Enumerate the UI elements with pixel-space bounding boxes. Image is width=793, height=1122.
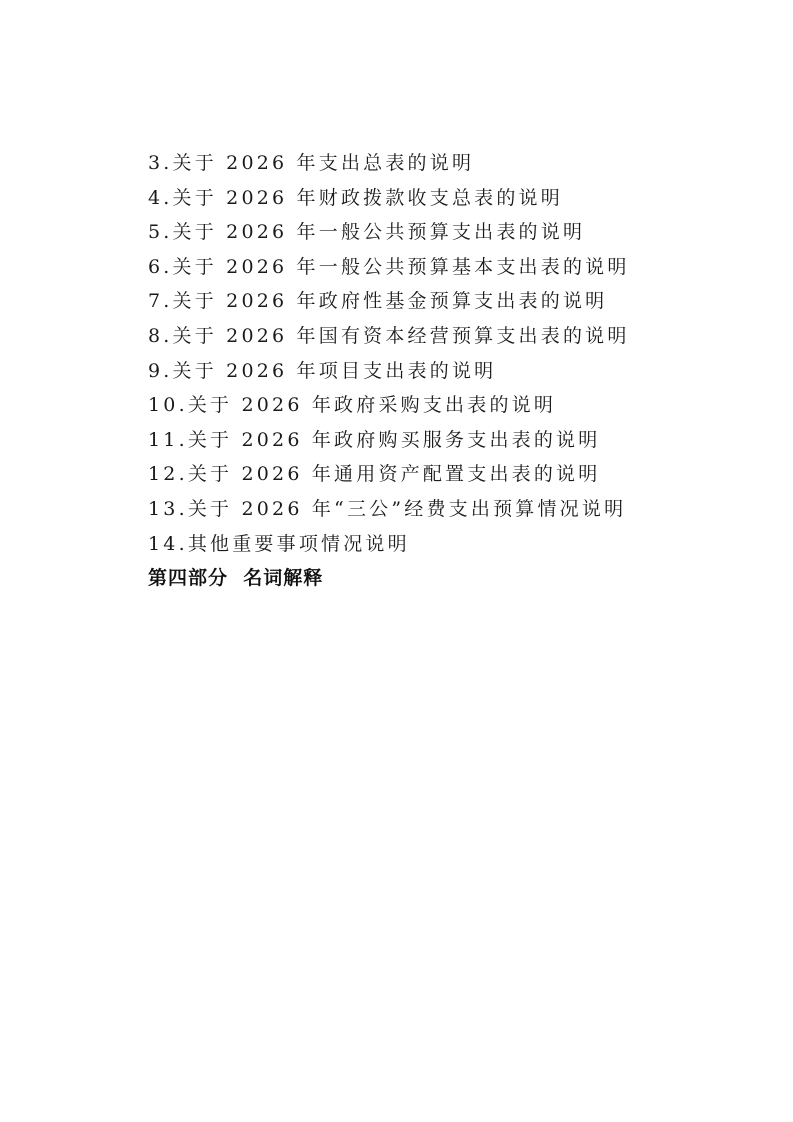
toc-item-11: 11.关于 2026 年政府购买服务支出表的说明 (148, 423, 630, 458)
toc-item-5: 5.关于 2026 年一般公共预算支出表的说明 (148, 215, 630, 250)
toc-item-3: 3.关于 2026 年支出总表的说明 (148, 146, 630, 181)
toc-item-6: 6.关于 2026 年一般公共预算基本支出表的说明 (148, 250, 630, 285)
toc-item-14: 14.其他重要事项情况说明 (148, 527, 630, 562)
toc-item-4: 4.关于 2026 年财政拨款收支总表的说明 (148, 181, 630, 216)
toc-item-13: 13.关于 2026 年“三公”经费支出预算情况说明 (148, 492, 630, 527)
toc-item-7: 7.关于 2026 年政府性基金预算支出表的说明 (148, 284, 630, 319)
toc-item-8: 8.关于 2026 年国有资本经营预算支出表的说明 (148, 319, 630, 354)
toc-item-12: 12.关于 2026 年通用资产配置支出表的说明 (148, 457, 630, 492)
table-of-contents: 3.关于 2026 年支出总表的说明 4.关于 2026 年财政拨款收支总表的说… (148, 146, 630, 596)
document-page: 3.关于 2026 年支出总表的说明 4.关于 2026 年财政拨款收支总表的说… (0, 0, 793, 1122)
toc-item-10: 10.关于 2026 年政府采购支出表的说明 (148, 388, 630, 423)
toc-item-9: 9.关于 2026 年项目支出表的说明 (148, 354, 630, 389)
section-heading-part-four: 第四部分 名词解释 (148, 561, 630, 596)
